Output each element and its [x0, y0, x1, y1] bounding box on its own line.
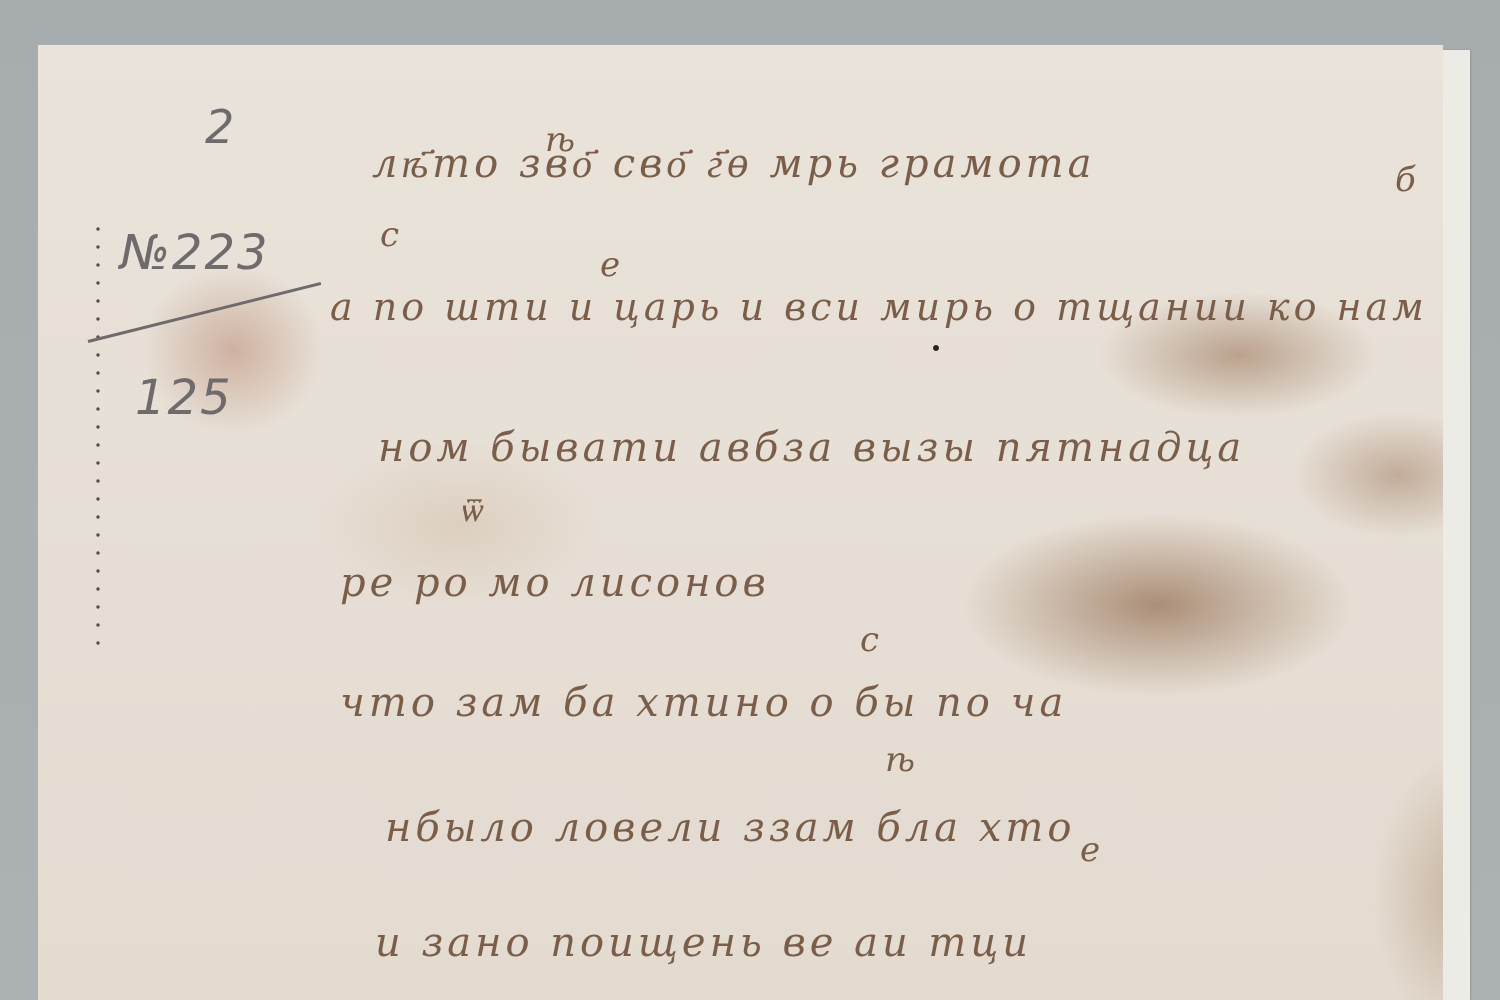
superscript-mark: с — [860, 620, 879, 660]
manuscript-line-1: лѣ҃то зво҃ сво҃ г҃ѳ мрь грамота — [372, 140, 1095, 187]
manuscript-line-5: что зам ба хтино о бы по ча — [340, 680, 1067, 726]
ink-dot — [933, 345, 939, 351]
manuscript-line-4: ре ро мо лисонов — [340, 560, 770, 606]
superscript-mark: с — [380, 215, 399, 255]
superscript-mark: ѿ — [460, 490, 482, 530]
superscript-mark: е — [1080, 830, 1100, 870]
superscript-mark: ѣ — [885, 740, 915, 780]
manuscript-page — [38, 45, 1443, 1000]
archive-sub-number: 125 — [135, 370, 233, 426]
superscript-mark: б — [1395, 160, 1416, 200]
superscript-mark: е — [600, 245, 620, 285]
manuscript-line-7: и зано поищень ве аи тци — [375, 920, 1032, 966]
manuscript-line-3: ном бывати авбза вызы пятнадца — [378, 425, 1245, 471]
manuscript-line-6: нбыло ловели ззам бла хто — [385, 805, 1075, 851]
archive-number: №223 — [120, 225, 270, 281]
manuscript-line-2: а по шти и царь и вси мирь о тщании ко н… — [330, 285, 1428, 329]
folio-number: 2 — [205, 100, 234, 154]
superscript-mark: ѣ — [545, 120, 575, 160]
perforation-edge — [88, 220, 108, 650]
